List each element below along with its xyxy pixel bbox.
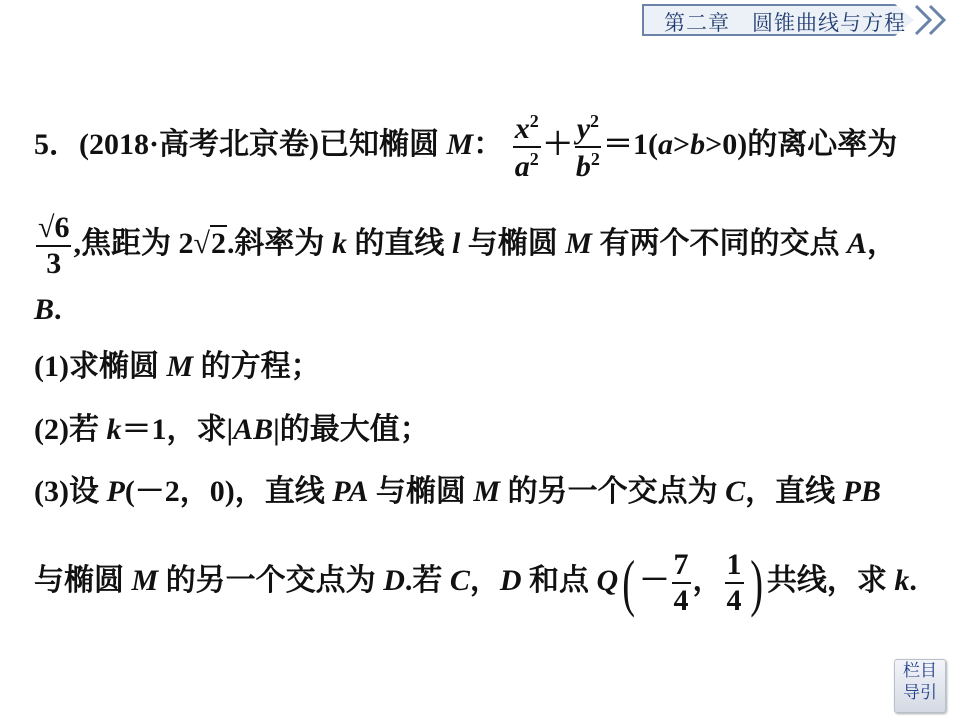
- var-x: x: [515, 112, 530, 145]
- numerator: 1: [725, 550, 744, 584]
- denominator: 3: [36, 247, 71, 279]
- question-3-line-1: (3)设 P(－2，0)，直线 PA 与椭圆 M 的另一个交点为 C，直线 PB: [34, 472, 881, 512]
- minus: －: [640, 564, 670, 597]
- question-1: (1)求椭圆 M 的方程；: [34, 347, 321, 387]
- text: 有两个不同的交点: [592, 227, 847, 260]
- exp: 2: [530, 111, 539, 131]
- var-M: M: [132, 564, 159, 597]
- var-B: B: [34, 293, 54, 326]
- var-M: M: [447, 128, 474, 161]
- text: (2)若: [34, 413, 106, 446]
- problem-line-2: √63,焦距为 2√2.斜率为 k 的直线 l 与椭圆 M 有两个不同的交点 A…: [34, 213, 897, 279]
- text: (－2，0)，直线: [125, 475, 332, 508]
- var-M: M: [473, 475, 500, 508]
- text: .斜率为: [227, 227, 332, 260]
- text: 的方程；: [193, 350, 321, 383]
- text: |的最大值；: [273, 413, 430, 446]
- text: ，: [470, 564, 500, 597]
- text: 与椭圆: [34, 564, 132, 597]
- left-paren: (: [622, 551, 635, 615]
- var-y: y: [577, 112, 590, 145]
- var-P: P: [106, 475, 124, 508]
- text: 与椭圆: [368, 475, 473, 508]
- text: 的另一个交点为: [158, 564, 383, 597]
- text: (1)求椭圆: [34, 350, 166, 383]
- var-PB: PB: [843, 475, 881, 508]
- column-nav-button[interactable]: 栏目 导引: [894, 659, 946, 713]
- var-D: D: [500, 564, 522, 597]
- var-b: b: [576, 150, 591, 183]
- var-C: C: [450, 564, 470, 597]
- text: .: [54, 293, 62, 326]
- denominator: 4: [672, 584, 691, 616]
- problem-source: (2018·高考北京卷): [79, 128, 319, 161]
- text: .: [909, 564, 917, 597]
- text: >: [673, 128, 690, 161]
- chapter-title: 第二章 圆锥曲线与方程: [664, 7, 906, 37]
- problem-line-3: B.: [34, 290, 62, 330]
- chapter-header: 第二章 圆锥曲线与方程: [642, 4, 952, 36]
- text: 和点: [522, 564, 597, 597]
- fraction-sqrt6-3: √63: [36, 213, 71, 279]
- question-3-line-2: 与椭圆 M 的另一个交点为 D.若 C，D 和点 Q(－74，14)共线，求 k…: [34, 550, 917, 616]
- exp: 2: [591, 149, 600, 169]
- var-A: A: [847, 227, 867, 260]
- var-AB: AB: [233, 413, 273, 446]
- problem-line-1: 5．(2018·高考北京卷)已知椭圆 M： x2a2＋y2b2＝1(a>b>0)…: [34, 112, 897, 182]
- var-C: C: [725, 475, 745, 508]
- fraction-1-4: 14: [725, 550, 744, 616]
- fraction-y2-b2: y2b2: [575, 112, 601, 182]
- text: 的直线: [347, 227, 452, 260]
- var-a: a: [658, 128, 673, 161]
- right-paren: ): [750, 551, 763, 615]
- var-k: k: [106, 413, 121, 446]
- var-M: M: [565, 227, 592, 260]
- nav-label-line1: 栏目: [895, 660, 945, 682]
- sqrt-2: √2: [193, 224, 226, 264]
- radicand: 2: [210, 225, 227, 260]
- text: 的另一个交点为: [500, 475, 725, 508]
- var-M: M: [166, 350, 193, 383]
- text: ，: [867, 227, 897, 260]
- problem-number: 5．: [34, 128, 79, 161]
- exp: 2: [590, 111, 599, 131]
- exp: 2: [530, 149, 539, 169]
- text: ＝1，求|: [121, 413, 233, 446]
- var-D: D: [383, 564, 405, 597]
- var-Q: Q: [597, 564, 619, 597]
- text: ,焦距为 2: [73, 227, 193, 260]
- nav-label-line2: 导引: [895, 682, 945, 704]
- double-chevron-right-icon: [912, 4, 952, 36]
- denominator: 4: [725, 584, 744, 616]
- numerator: √6: [36, 213, 71, 247]
- text: 与椭圆: [460, 227, 565, 260]
- var-k: k: [332, 227, 347, 260]
- var-PA: PA: [332, 475, 368, 508]
- text: .若: [405, 564, 450, 597]
- text: 已知椭圆: [319, 128, 447, 161]
- text: ：: [473, 128, 503, 161]
- text: ，直线: [745, 475, 843, 508]
- question-2: (2)若 k＝1，求|AB|的最大值；: [34, 410, 430, 450]
- fraction-x2-a2: x2a2: [513, 112, 541, 182]
- fraction-7-4: 74: [672, 550, 691, 616]
- text: ，: [693, 564, 723, 597]
- var-b: b: [690, 128, 705, 161]
- text: >0): [705, 128, 747, 161]
- text: (3)设: [34, 475, 106, 508]
- numerator: 7: [672, 550, 691, 584]
- text: ＝1(: [603, 128, 658, 161]
- var-k: k: [894, 564, 909, 597]
- text: 的离心率为: [747, 128, 897, 161]
- var-a: a: [515, 150, 530, 183]
- text: 共线，求: [767, 564, 895, 597]
- plus: ＋: [543, 128, 573, 161]
